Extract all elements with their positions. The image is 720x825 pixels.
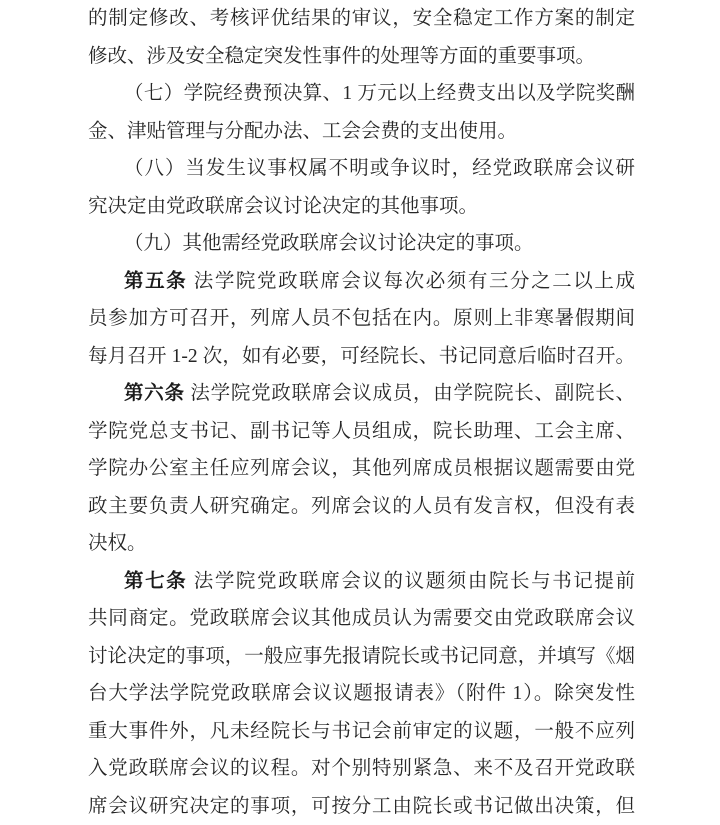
text-line-article-6: 第六条 法学院党政联席会议成员，由学院院长、副院长、 xyxy=(88,375,635,413)
text-line: 台大学法学院党政联席会议议题报请表》（附件 1）。除突发性 xyxy=(88,675,635,713)
text-line: 修改、涉及安全稳定突发性事件的处理等方面的重要事项。 xyxy=(88,38,635,76)
article-number: 第七条 xyxy=(124,571,187,592)
article-number: 第五条 xyxy=(124,271,187,292)
document-body: 的制定修改、考核评优结果的审议，安全稳定工作方案的制定 修改、涉及安全稳定突发性… xyxy=(88,0,635,825)
text-line: 席会议研究决定的事项，可按分工由院长或书记做出决策，但 xyxy=(88,788,635,825)
text-line-article-5: 第五条 法学院党政联席会议每次必须有三分之二以上成 xyxy=(88,263,635,301)
text-line: 金、津贴管理与分配办法、工会会费的支出使用。 xyxy=(88,113,635,151)
text-line: 决权。 xyxy=(88,525,635,563)
text-line: 员参加方可召开，列席人员不包括在内。原则上非寒暑假期间 xyxy=(88,300,635,338)
article-text: 法学院党政联席会议的议题须由院长与书记提前 xyxy=(187,571,635,592)
text-line-item-9: （九）其他需经党政联席会议讨论决定的事项。 xyxy=(88,225,635,263)
text-line: 学院党总支书记、副书记等人员组成，院长助理、工会主席、 xyxy=(88,413,635,451)
text-line: 共同商定。党政联席会议其他成员认为需要交由党政联席会议 xyxy=(88,600,635,638)
text-line: 入党政联席会议的议程。对个别特别紧急、来不及召开党政联 xyxy=(88,750,635,788)
document-page: 的制定修改、考核评优结果的审议，安全稳定工作方案的制定 修改、涉及安全稳定突发性… xyxy=(0,0,720,825)
article-text: 法学院党政联席会议每次必须有三分之二以上成 xyxy=(187,271,635,292)
article-number: 第六条 xyxy=(124,383,185,404)
text-line: 讨论决定的事项，一般应事先报请院长或书记同意，并填写《烟 xyxy=(88,638,635,676)
text-line: 的制定修改、考核评优结果的审议，安全稳定工作方案的制定 xyxy=(88,0,635,38)
text-line-item-7: （七）学院经费预决算、1 万元以上经费支出以及学院奖酬 xyxy=(88,75,635,113)
text-line: 政主要负责人研究确定。列席会议的人员有发言权，但没有表 xyxy=(88,488,635,526)
text-line: 每月召开 1-2 次，如有必要，可经院长、书记同意后临时召开。 xyxy=(88,338,635,376)
text-line: 究决定由党政联席会议讨论决定的其他事项。 xyxy=(88,188,635,226)
text-line-article-7: 第七条 法学院党政联席会议的议题须由院长与书记提前 xyxy=(88,563,635,601)
article-text: 法学院党政联席会议成员，由学院院长、副院长、 xyxy=(185,383,635,404)
text-line: 学院办公室主任应列席会议，其他列席成员根据议题需要由党 xyxy=(88,450,635,488)
text-line: 重大事件外，凡未经院长与书记会前审定的议题，一般不应列 xyxy=(88,713,635,751)
text-line-item-8: （八）当发生议事权属不明或争议时，经党政联席会议研 xyxy=(88,150,635,188)
